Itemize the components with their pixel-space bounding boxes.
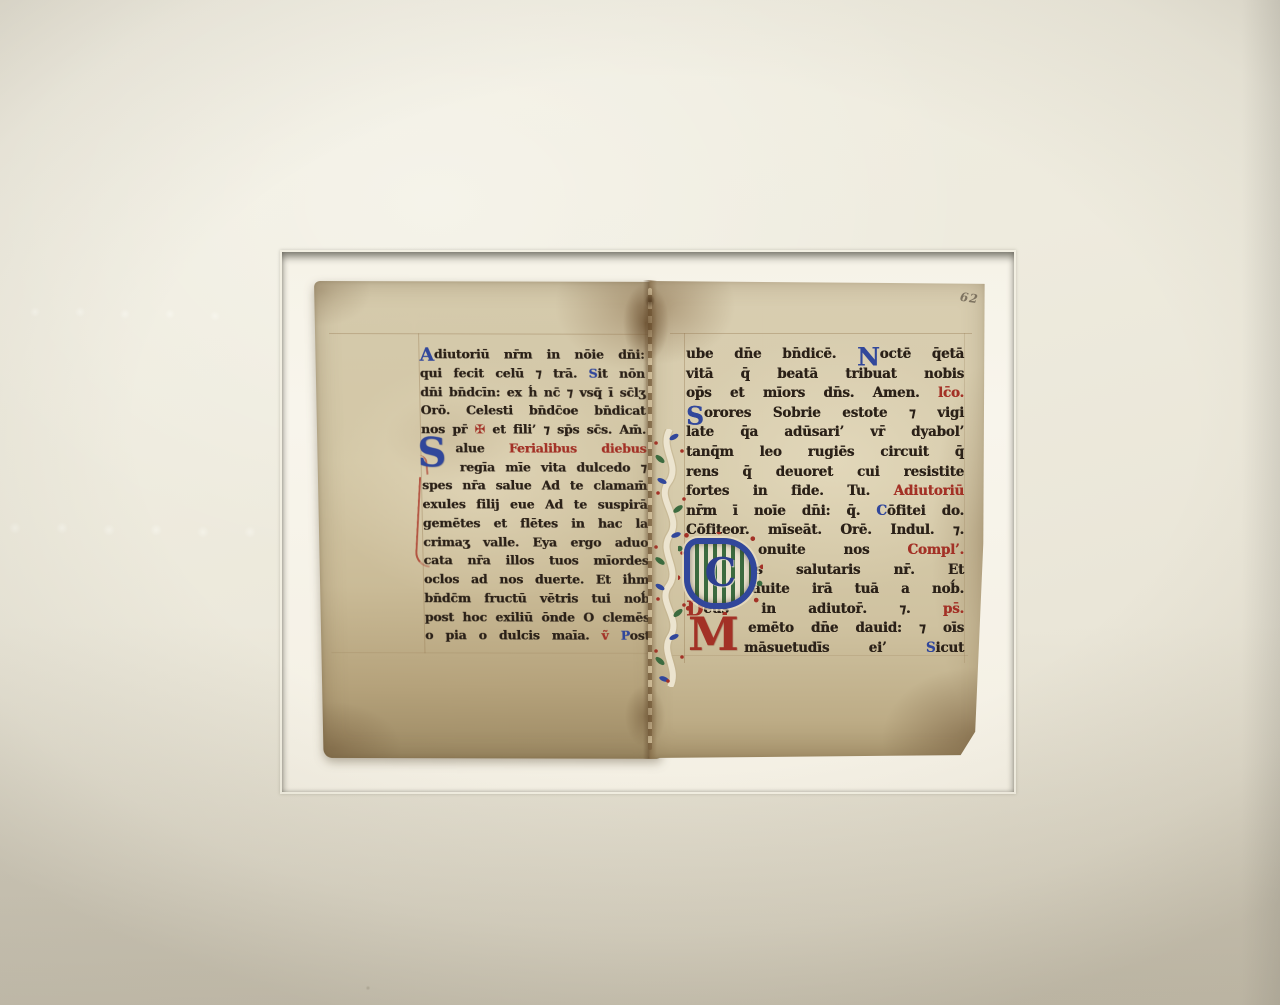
text-segment-ink: op̄s et mīors dn̄s. Amen.	[686, 385, 938, 401]
manuscript-bifolium: Adiutoriū nr̄m in nōie dn̄i:qui fecit ce…	[314, 281, 986, 758]
text-segment-red: Compl’.	[907, 542, 964, 558]
text-segment-ink: regīa mīe vita dulcedo ⁊	[460, 459, 647, 474]
illuminated-initial-M: M	[688, 613, 739, 655]
text-segment-ink: spes nr̄a salue Ad te clamam̄	[422, 478, 647, 494]
manuscript-text-line: qui fecit celū ⁊ trā. Sit nōn	[420, 364, 645, 383]
ruling-line-top-left	[329, 333, 649, 335]
text-segment-ink: et fili’ ⁊ sp̄s sc̄s. Am̄.	[485, 421, 646, 436]
manuscript-text-line: dn̄i bn̄dcīn: ex h́ nc̄ ⁊ vsq̄ ī sc̄lʒ	[420, 383, 645, 402]
text-segment-ink: post hoc exiliū ōnde O clemēs	[425, 609, 650, 625]
left-leaf: Adiutoriū nr̄m in nōie dn̄i:qui fecit ce…	[314, 281, 662, 759]
text-segment-blue: C	[876, 503, 887, 519]
initial-letter-glyph: M	[688, 613, 739, 655]
floral-border-ornament	[652, 429, 688, 687]
manuscript-text-line: ube dn̄e bn̄dicē. Noctē q̄etā	[686, 345, 964, 365]
illuminated-initial-S: S	[417, 435, 447, 472]
text-segment-red: ps̄.	[943, 601, 964, 617]
manuscript-text-line: rens q̄ deuoret cui resistite	[686, 463, 964, 483]
text-segment-ink: crimaʒ valle. Eya ergo aduo	[423, 534, 648, 550]
manuscript-text-line: vitā q̄ beatā tribuat nobis	[686, 365, 964, 385]
text-segment-red: lc̄o.	[938, 385, 964, 401]
manuscript-text-line: exules filij eue Ad te suspirā	[422, 495, 647, 514]
manuscript-text-line: op̄s et mīors dn̄s. Amen. lc̄o.	[686, 384, 964, 404]
manuscript-text-line: nos pr̄ ✠ et fili’ ⁊ sp̄s sc̄s. Am̄.	[421, 420, 646, 439]
text-segment-ink: alue	[455, 440, 509, 455]
text-segment-ink: māsuetudīs ei’	[744, 640, 926, 656]
mat-window: Adiutoriū nr̄m in nōie dn̄i:qui fecit ce…	[280, 250, 1016, 794]
gutter-seam-sewing	[643, 280, 657, 759]
manuscript-text-line: regīa mīe vita dulcedo ⁊	[422, 458, 647, 477]
manuscript-text-line: late q̄a adūsari’ vr̄ dyabol’	[686, 423, 964, 443]
text-segment-ink: onuite nos	[758, 542, 907, 558]
text-segment-ink: bn̄dc̄m fructū vētris tui nob́	[424, 590, 649, 606]
illuminated-initial-C: C	[684, 538, 757, 609]
manuscript-text-line: post hoc exiliū ōnde O clemēs	[425, 608, 650, 627]
text-segment-red: Ferialibus diebus	[509, 440, 647, 455]
manuscript-text-line: alue Ferialibus diebus	[421, 439, 646, 458]
text-segment-blue: A	[419, 344, 434, 366]
manuscript-text-line: fortes in fide. Tu. Adiutoriū	[686, 482, 964, 502]
text-segment-red: Adiutoriū	[894, 483, 964, 499]
text-segment-ink: it nōn	[597, 365, 645, 380]
text-segment-red: ✠	[474, 421, 485, 436]
text-segment-red: ṽ	[601, 628, 621, 643]
text-segment-ink: diutoriū nr̄m in nōie dn̄i:	[434, 346, 645, 362]
text-segment-ink: Orō. Celesti bn̄dc̄oe bn̄dicat	[420, 403, 645, 419]
manuscript-text-line: Sorores Sobrie estote ⁊ vigi	[686, 404, 964, 424]
text-segment-ink: exules filij eue Ad te suspirā	[422, 496, 647, 512]
manuscript-text-line: spes nr̄a salue Ad te clamam̄	[422, 477, 647, 496]
text-segment-ink: gemētes et flētes in hac la	[423, 515, 648, 531]
manuscript-text-line: cata nr̄a illos tuos mīordes	[423, 552, 648, 571]
text-segment-ink: icut	[935, 640, 964, 656]
text-segment-ink: d́s salutaris nr̄. Et	[746, 562, 964, 578]
text-segment-ink: orores Sobrie estote ⁊ vigi	[704, 405, 964, 421]
text-segment-ink: emēto dn̄e dauid: ⁊ oīs	[748, 620, 964, 636]
manuscript-text-line: o pia o dulcis maīa. ṽ Post	[425, 627, 650, 646]
manuscript-text-line: tanq̄m leo rugiēs circuit q̄	[686, 443, 964, 463]
text-segment-ink: o pia o dulcis maīa.	[425, 628, 602, 643]
text-segment-ink: ube dn̄e bn̄dicē.	[686, 346, 857, 362]
text-segment-ink: octē q̄etā	[880, 346, 964, 362]
text-segment-ink: Cōfiteor. mīseāt. Orē. Indul. ⁊.	[686, 522, 964, 538]
text-segment-ink: fortes in fide. Tu.	[686, 483, 894, 499]
text-segment-ink: ōfitei do.	[887, 503, 964, 519]
manuscript-text-line: crimaʒ valle. Eya ergo aduo	[423, 533, 648, 552]
gallery-photo-framed-manuscript: Adiutoriū nr̄m in nōie dn̄i:qui fecit ce…	[0, 0, 1280, 1005]
initial-letter-glyph: S	[417, 435, 447, 472]
text-segment-ink: vitā q̄ beatā tribuat nobis	[686, 366, 964, 382]
initial-letter-glyph: C	[705, 555, 737, 592]
right-leaf: ube dn̄e bn̄dicē. Noctē q̄etāvitā q̄ bea…	[648, 281, 986, 758]
text-segment-ink: qui fecit celū ⁊ trā.	[420, 365, 589, 380]
text-segment-ink: late q̄a adūsari’ vr̄ dyabol’	[686, 424, 964, 440]
text-segment-ink: dn̄i bn̄dcīn: ex h́ nc̄ ⁊ vsq̄ ī sc̄lʒ	[420, 384, 645, 400]
ruling-line-right-margin-outer	[964, 333, 965, 663]
text-segment-ink: oclos ad nos duerte. Et ih́m	[424, 571, 649, 587]
text-segment-ink: tanq̄m leo rugiēs circuit q̄	[686, 444, 964, 460]
ruling-line-bottom-left	[331, 652, 653, 654]
pencil-folio-number: 62	[959, 290, 979, 306]
manuscript-text-line: nr̄m ī noīe dn̄i: q̄. Cōfitei do.	[686, 502, 964, 522]
text-segment-ink: nr̄m ī noīe dn̄i: q̄.	[686, 503, 876, 519]
text-segment-ink: auite irā tuā a nob́.	[752, 581, 964, 597]
ruling-line-top-right	[670, 333, 972, 334]
manuscript-text-line: bn̄dc̄m fructū vētris tui nob́	[424, 589, 649, 608]
manuscript-text-line: oclos ad nos duerte. Et ih́m	[424, 570, 649, 589]
text-segment-ink: cata nr̄a illos tuos mīordes	[423, 553, 648, 569]
manuscript-text-line: gemētes et flētes in hac la	[423, 514, 648, 533]
manuscript-text-line: Orō. Celesti bn̄dc̄oe bn̄dicat	[420, 402, 645, 421]
text-segment-blue: S	[926, 640, 936, 656]
left-page-text: Adiutoriū nr̄m in nōie dn̄i:qui fecit ce…	[419, 345, 650, 646]
text-segment-ink: rens q̄ deuoret cui resistite	[686, 464, 964, 480]
manuscript-text-line: Adiutoriū nr̄m in nōie dn̄i:	[419, 345, 644, 364]
